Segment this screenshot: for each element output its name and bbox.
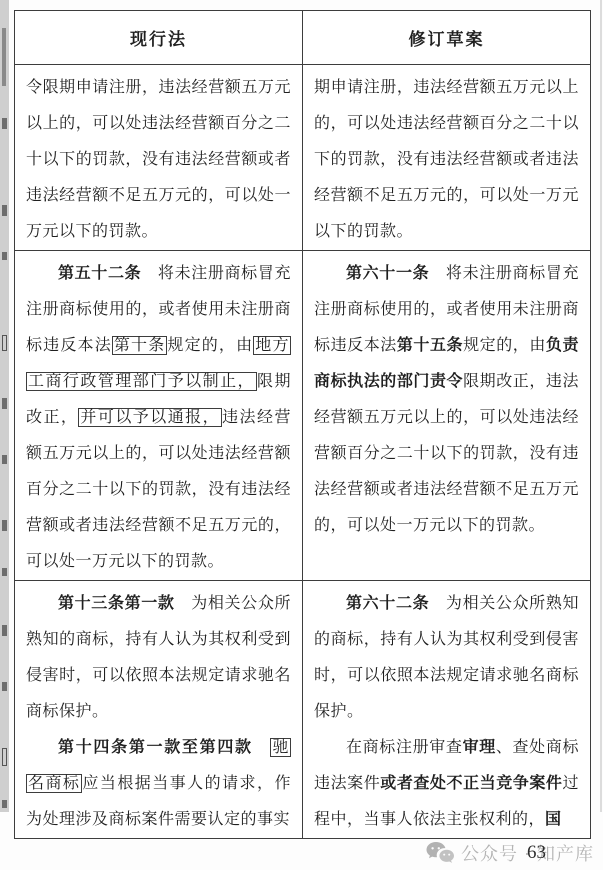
table-row: 第十三条第一款 为相关公众所熟知的商标，持有人认为其权利受到侵害时，可以依照本法… (15, 581, 591, 839)
edge-mark (2, 455, 7, 464)
edge-mark (2, 800, 7, 808)
law-text: 规定的，由 (463, 337, 546, 354)
cell-revised-draft-row3: 第六十二条 为相关公众所熟知的商标，持有人认为其权利受到侵害时，可以依照本法规定… (303, 581, 591, 839)
edge-mark (2, 682, 7, 691)
table-row: 令限期申请注册，违法经营额五万元以上的，可以处违法经营额百分之二十以下的罚款，没… (15, 65, 591, 251)
emphasized-text: 第十四条第一款至第四款 (58, 739, 253, 756)
watermark-text-prefix: 公众号 (461, 840, 518, 866)
header-row: 现行法 修订草案 (15, 11, 591, 65)
law-text: 令限期申请注册，违法经营额五万元以上的，可以处违法经营额百分之二十以下的罚款，没… (26, 79, 291, 240)
emphasized-text: 第五十二条 (58, 265, 141, 282)
edge-mark (2, 520, 7, 531)
cell-current-law-row2: 第五十二条 将未注册商标冒充注册商标使用的，或者使用未注册商标违反本法第十条规定… (15, 251, 303, 581)
law-paragraph: 期申请注册，违法经营额五万元以上的，可以处违法经营额百分之二十以下的罚款，没有违… (314, 70, 579, 250)
page-footer: 公众号 · 知产库 63 (0, 838, 603, 868)
edge-mark (2, 398, 7, 409)
cell-revised-draft-row2: 第六十一条 将未注册商标冒充注册商标使用的，或者使用未注册商标违反本法第十五条规… (303, 251, 591, 581)
law-paragraph: 第五十二条 将未注册商标冒充注册商标使用的，或者使用未注册商标违反本法第十条规定… (26, 256, 291, 580)
law-text: 限期改正，违法经营额五万元以上的，可以处违法经营额百分之二十以下的罚款，没有违法… (314, 373, 579, 534)
cell-revised-draft-row1: 期申请注册，违法经营额五万元以上的，可以处违法经营额百分之二十以下的罚款，没有违… (303, 65, 591, 251)
law-comparison-table: 现行法 修订草案 令限期申请注册，违法经营额五万元以上的，可以处违法经营额百分之… (14, 10, 591, 839)
page-edge-artifact (0, 0, 9, 812)
law-paragraph: 第六十二条 为相关公众所熟知的商标，持有人认为其权利受到侵害时，可以依照本法规定… (314, 586, 579, 730)
table-row: 第五十二条 将未注册商标冒充注册商标使用的，或者使用未注册商标违反本法第十条规定… (15, 251, 591, 581)
edge-mark (2, 335, 7, 351)
edge-mark (2, 748, 7, 766)
watermark: 公众号 · 知产库 (425, 840, 594, 866)
law-paragraph: 第六十一条 将未注册商标冒充注册商标使用的，或者使用未注册商标违反本法第十五条规… (314, 256, 579, 544)
emphasized-text: 第六十二条 (346, 595, 429, 612)
edge-mark (2, 28, 6, 86)
law-text (253, 739, 271, 756)
emphasized-text: 或者查处不正当竞争案件 (380, 775, 562, 792)
edge-mark (2, 568, 7, 576)
law-text: 规定的，由 (167, 337, 253, 354)
law-paragraph: 在商标注册审查审理、查处商标违法案件或者查处不正当竞争案件过程中，当事人依法主张… (314, 730, 579, 838)
edge-mark (2, 118, 7, 129)
law-paragraph: 令限期申请注册，违法经营额五万元以上的，可以处违法经营额百分之二十以下的罚款，没… (26, 70, 291, 250)
emphasized-text: 第六十一条 (346, 265, 429, 282)
emphasized-text: 第十五条 (397, 337, 463, 354)
page-number: 63 (527, 842, 546, 864)
emphasized-text: 国 (545, 811, 562, 828)
column-header-current-law: 现行法 (15, 11, 303, 65)
cell-current-law-row1: 令限期申请注册，违法经营额五万元以上的，可以处违法经营额百分之二十以下的罚款，没… (15, 65, 303, 251)
edge-mark (2, 252, 7, 260)
scanned-document-page: { "page": { "number": "63" }, "colors": … (0, 0, 603, 870)
law-text: 在商标注册审查 (346, 739, 463, 756)
law-text: 为相关公众所熟知的商标，持有人认为其权利受到侵害时，可以依照本法规定请求驰名商标… (314, 595, 579, 720)
cell-current-law-row3: 第十三条第一款 为相关公众所熟知的商标，持有人认为其权利受到侵害时，可以依照本法… (15, 581, 303, 839)
emphasized-text: 审理 (463, 739, 496, 756)
law-text: 违法经营额五万元以上的，可以处违法经营额百分之二十以下的罚款，没有违法经营额或者… (26, 409, 291, 570)
deleted-text-box: 第十条 (112, 336, 168, 355)
emphasized-text: 第十三条第一款 (58, 595, 175, 612)
wechat-icon (425, 841, 455, 865)
law-text: 期申请注册，违法经营额五万元以上的，可以处违法经营额百分之二十以下的罚款，没有违… (314, 79, 579, 240)
law-text: 为相关公众所熟知的商标，持有人认为其权利受到侵害时，可以依照本法规定请求驰名商标… (26, 595, 291, 720)
law-paragraph: 第十四条第一款至第四款 驰名商标应当根据当事人的请求，作为处理涉及商标案件需要认… (26, 730, 291, 838)
deleted-text-box: 并可以予以通报， (78, 408, 222, 427)
edge-mark (2, 205, 7, 216)
law-paragraph: 第十三条第一款 为相关公众所熟知的商标，持有人认为其权利受到侵害时，可以依照本法… (26, 586, 291, 730)
column-header-revised-draft: 修订草案 (303, 11, 591, 65)
edge-mark (2, 625, 7, 636)
page-edge-artifact-right (600, 0, 602, 812)
